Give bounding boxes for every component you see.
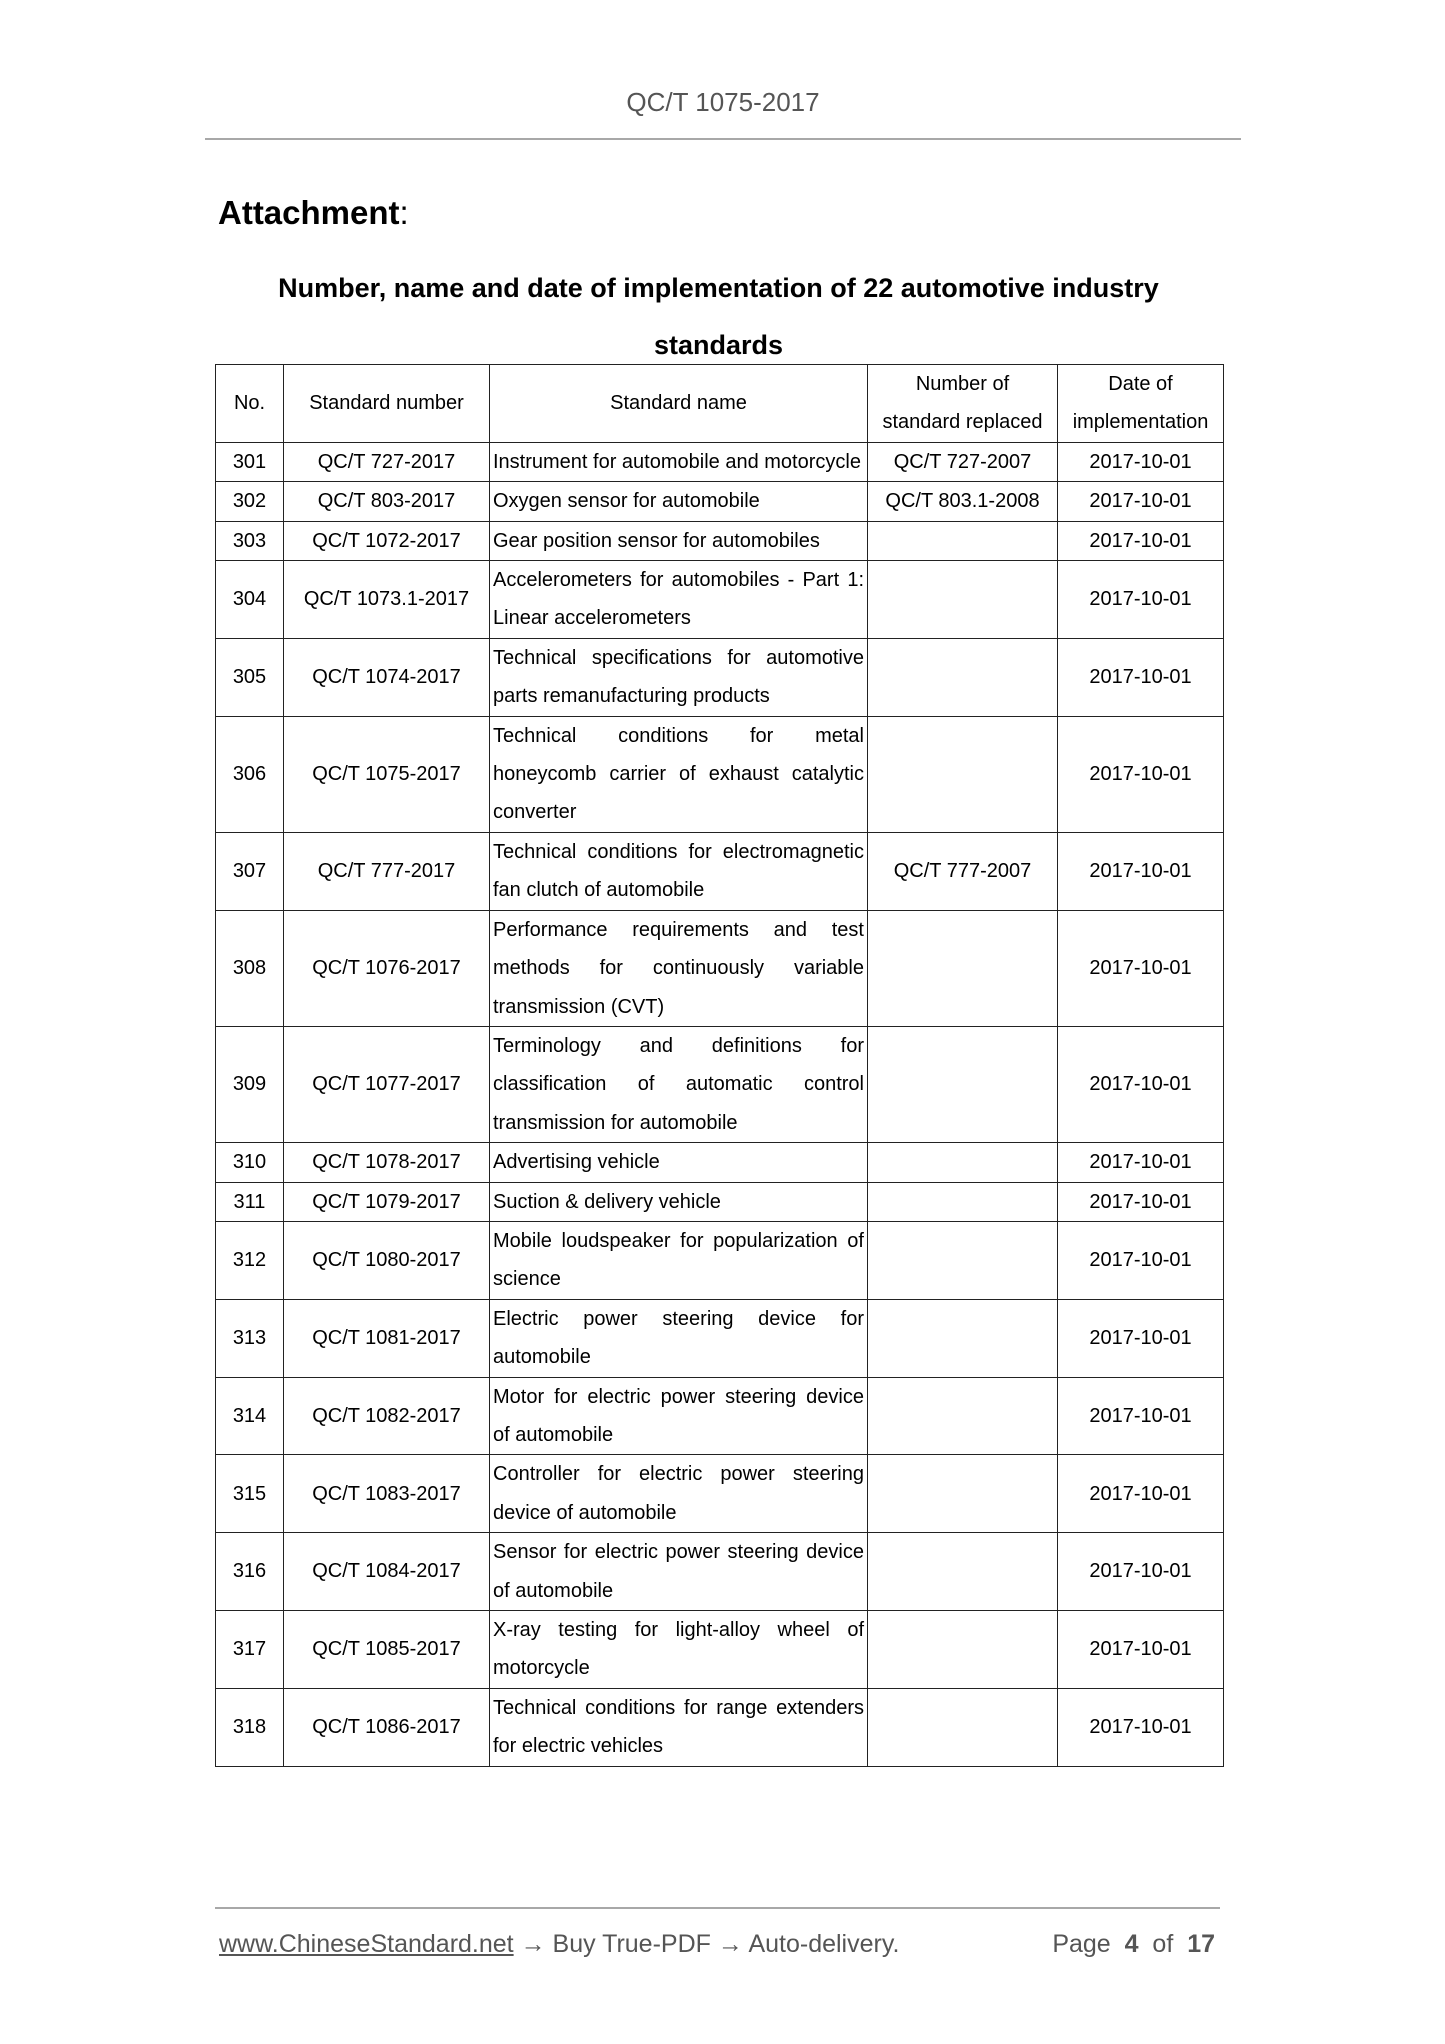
row-no: 301 — [216, 442, 284, 481]
footer-divider — [215, 1907, 1220, 1909]
page-label: Page — [1052, 1930, 1110, 1958]
row-standard-number: QC/T 1075-2017 — [284, 716, 490, 832]
row-implementation-date: 2017-10-01 — [1058, 1455, 1224, 1533]
row-standard-name: Sensor for electric power steering devic… — [490, 1533, 868, 1611]
row-standard-name: Instrument for automobile and motorcycle — [490, 442, 868, 481]
page-current: 4 — [1125, 1930, 1139, 1958]
row-standard-replaced — [868, 638, 1058, 716]
row-no: 311 — [216, 1182, 284, 1221]
col-header-no: No. — [216, 365, 284, 443]
row-standard-replaced — [868, 1455, 1058, 1533]
col-header-standard-number: Standard number — [284, 365, 490, 443]
row-standard-replaced — [868, 1143, 1058, 1182]
row-no: 307 — [216, 832, 284, 910]
row-standard-number: QC/T 727-2017 — [284, 442, 490, 481]
row-standard-name: Suction & delivery vehicle — [490, 1182, 868, 1221]
col-header-date-line2: implementation — [1061, 403, 1220, 441]
row-standard-replaced — [868, 1299, 1058, 1377]
row-standard-replaced — [868, 1221, 1058, 1299]
table-title: Number, name and date of implementation … — [215, 260, 1222, 374]
row-no: 308 — [216, 910, 284, 1026]
row-standard-number: QC/T 1082-2017 — [284, 1377, 490, 1455]
row-no: 316 — [216, 1533, 284, 1611]
page-of: of — [1152, 1930, 1173, 1958]
row-standard-number: QC/T 1079-2017 — [284, 1182, 490, 1221]
table-row: 307QC/T 777-2017Technical conditions for… — [216, 832, 1224, 910]
table-row: 316QC/T 1084-2017Sensor for electric pow… — [216, 1533, 1224, 1611]
row-implementation-date: 2017-10-01 — [1058, 1143, 1224, 1182]
row-standard-name: Terminology and definitions for classifi… — [490, 1026, 868, 1142]
row-standard-name: Electric power steering device for autom… — [490, 1299, 868, 1377]
row-standard-replaced: QC/T 727-2007 — [868, 442, 1058, 481]
row-no: 318 — [216, 1688, 284, 1766]
row-standard-name: Mobile loudspeaker for popularization of… — [490, 1221, 868, 1299]
row-standard-name: Technical specifications for automotive … — [490, 638, 868, 716]
row-standard-name: Controller for electric power steering d… — [490, 1455, 868, 1533]
row-standard-replaced — [868, 1377, 1058, 1455]
row-standard-number: QC/T 1076-2017 — [284, 910, 490, 1026]
attachment-colon: : — [400, 194, 409, 231]
table-row: 311QC/T 1079-2017Suction & delivery vehi… — [216, 1182, 1224, 1221]
row-implementation-date: 2017-10-01 — [1058, 561, 1224, 639]
table-row: 312QC/T 1080-2017Mobile loudspeaker for … — [216, 1221, 1224, 1299]
row-standard-number: QC/T 1074-2017 — [284, 638, 490, 716]
page-header-doc-code: QC/T 1075-2017 — [205, 84, 1241, 120]
table-row: 309QC/T 1077-2017Terminology and definit… — [216, 1026, 1224, 1142]
attachment-heading: Attachment: — [218, 193, 409, 233]
row-standard-number: QC/T 1080-2017 — [284, 1221, 490, 1299]
table-row: 314QC/T 1082-2017Motor for electric powe… — [216, 1377, 1224, 1455]
table-body: 301QC/T 727-2017Instrument for automobil… — [216, 442, 1224, 1766]
col-header-date-line1: Date of — [1061, 365, 1220, 403]
row-no: 306 — [216, 716, 284, 832]
table-row: 301QC/T 727-2017Instrument for automobil… — [216, 442, 1224, 481]
row-no: 313 — [216, 1299, 284, 1377]
standards-table: No. Standard number Standard name Number… — [215, 364, 1224, 1767]
row-standard-number: QC/T 1078-2017 — [284, 1143, 490, 1182]
table-row: 303QC/T 1072-2017Gear position sensor fo… — [216, 521, 1224, 560]
col-header-implementation-date: Date ofimplementation — [1058, 365, 1224, 443]
row-standard-name: Motor for electric power steering device… — [490, 1377, 868, 1455]
row-no: 303 — [216, 521, 284, 560]
row-implementation-date: 2017-10-01 — [1058, 1221, 1224, 1299]
website-link[interactable]: www.ChineseStandard.net — [219, 1930, 514, 1958]
row-no: 310 — [216, 1143, 284, 1182]
row-no: 305 — [216, 638, 284, 716]
row-standard-replaced — [868, 561, 1058, 639]
row-implementation-date: 2017-10-01 — [1058, 1611, 1224, 1689]
row-standard-name: Performance requirements and test method… — [490, 910, 868, 1026]
table-row: 318QC/T 1086-2017Technical conditions fo… — [216, 1688, 1224, 1766]
row-standard-number: QC/T 803-2017 — [284, 482, 490, 521]
auto-delivery-text: Auto-delivery. — [748, 1930, 899, 1958]
row-standard-number: QC/T 1085-2017 — [284, 1611, 490, 1689]
row-standard-number: QC/T 1084-2017 — [284, 1533, 490, 1611]
row-standard-name: Oxygen sensor for automobile — [490, 482, 868, 521]
row-standard-number: QC/T 777-2017 — [284, 832, 490, 910]
col-header-standard-replaced: Number ofstandard replaced — [868, 365, 1058, 443]
table-row: 315QC/T 1083-2017Controller for electric… — [216, 1455, 1224, 1533]
col-header-replaced-line2: standard replaced — [871, 403, 1054, 441]
row-standard-replaced — [868, 1182, 1058, 1221]
header-divider — [205, 138, 1241, 140]
table-row: 310QC/T 1078-2017Advertising vehicle2017… — [216, 1143, 1224, 1182]
table-row: 302QC/T 803-2017Oxygen sensor for automo… — [216, 482, 1224, 521]
row-standard-name: X-ray testing for light-alloy wheel of m… — [490, 1611, 868, 1689]
arrow-right-icon: → — [521, 1930, 546, 1958]
row-implementation-date: 2017-10-01 — [1058, 638, 1224, 716]
row-implementation-date: 2017-10-01 — [1058, 832, 1224, 910]
row-standard-number: QC/T 1072-2017 — [284, 521, 490, 560]
row-standard-replaced — [868, 1688, 1058, 1766]
row-implementation-date: 2017-10-01 — [1058, 1026, 1224, 1142]
buy-pdf-text: Buy True-PDF — [553, 1930, 711, 1958]
row-standard-replaced — [868, 716, 1058, 832]
row-implementation-date: 2017-10-01 — [1058, 482, 1224, 521]
row-implementation-date: 2017-10-01 — [1058, 716, 1224, 832]
table-row: 305QC/T 1074-2017Technical specification… — [216, 638, 1224, 716]
row-no: 314 — [216, 1377, 284, 1455]
row-standard-number: QC/T 1081-2017 — [284, 1299, 490, 1377]
page-footer: www.ChineseStandard.net → Buy True-PDF →… — [219, 1928, 1219, 1960]
row-standard-name: Technical conditions for electromagnetic… — [490, 832, 868, 910]
row-standard-number: QC/T 1073.1-2017 — [284, 561, 490, 639]
row-standard-number: QC/T 1086-2017 — [284, 1688, 490, 1766]
row-implementation-date: 2017-10-01 — [1058, 1182, 1224, 1221]
row-standard-number: QC/T 1083-2017 — [284, 1455, 490, 1533]
table-row: 317QC/T 1085-2017X-ray testing for light… — [216, 1611, 1224, 1689]
row-standard-replaced — [868, 1026, 1058, 1142]
table-row: 308QC/T 1076-2017Performance requirement… — [216, 910, 1224, 1026]
row-implementation-date: 2017-10-01 — [1058, 1377, 1224, 1455]
row-no: 315 — [216, 1455, 284, 1533]
row-implementation-date: 2017-10-01 — [1058, 521, 1224, 560]
row-implementation-date: 2017-10-01 — [1058, 1299, 1224, 1377]
table-title-line1: Number, name and date of implementation … — [215, 260, 1222, 317]
table-row: 306QC/T 1075-2017Technical conditions fo… — [216, 716, 1224, 832]
col-header-standard-name: Standard name — [490, 365, 868, 443]
table-row: 304QC/T 1073.1-2017Accelerometers for au… — [216, 561, 1224, 639]
row-standard-replaced — [868, 521, 1058, 560]
row-standard-name: Accelerometers for automobiles - Part 1:… — [490, 561, 868, 639]
row-implementation-date: 2017-10-01 — [1058, 442, 1224, 481]
row-standard-replaced — [868, 1533, 1058, 1611]
row-standard-number: QC/T 1077-2017 — [284, 1026, 490, 1142]
row-standard-name: Technical conditions for range extenders… — [490, 1688, 868, 1766]
page-total: 17 — [1187, 1930, 1215, 1958]
row-standard-replaced — [868, 910, 1058, 1026]
row-no: 302 — [216, 482, 284, 521]
row-no: 304 — [216, 561, 284, 639]
attachment-label: Attachment — [218, 194, 400, 231]
table-header-row: No. Standard number Standard name Number… — [216, 365, 1224, 443]
row-implementation-date: 2017-10-01 — [1058, 1533, 1224, 1611]
row-standard-replaced: QC/T 777-2007 — [868, 832, 1058, 910]
row-implementation-date: 2017-10-01 — [1058, 1688, 1224, 1766]
row-standard-replaced — [868, 1611, 1058, 1689]
table-row: 313QC/T 1081-2017Electric power steering… — [216, 1299, 1224, 1377]
arrow-right-icon: → — [718, 1930, 743, 1958]
row-standard-replaced: QC/T 803.1-2008 — [868, 482, 1058, 521]
row-implementation-date: 2017-10-01 — [1058, 910, 1224, 1026]
row-no: 309 — [216, 1026, 284, 1142]
col-header-replaced-line1: Number of — [871, 365, 1054, 403]
row-standard-name: Technical conditions for metal honeycomb… — [490, 716, 868, 832]
row-no: 317 — [216, 1611, 284, 1689]
row-standard-name: Gear position sensor for automobiles — [490, 521, 868, 560]
page-number: Page 4 of 17 — [1052, 1928, 1215, 1960]
row-no: 312 — [216, 1221, 284, 1299]
row-standard-name: Advertising vehicle — [490, 1143, 868, 1182]
